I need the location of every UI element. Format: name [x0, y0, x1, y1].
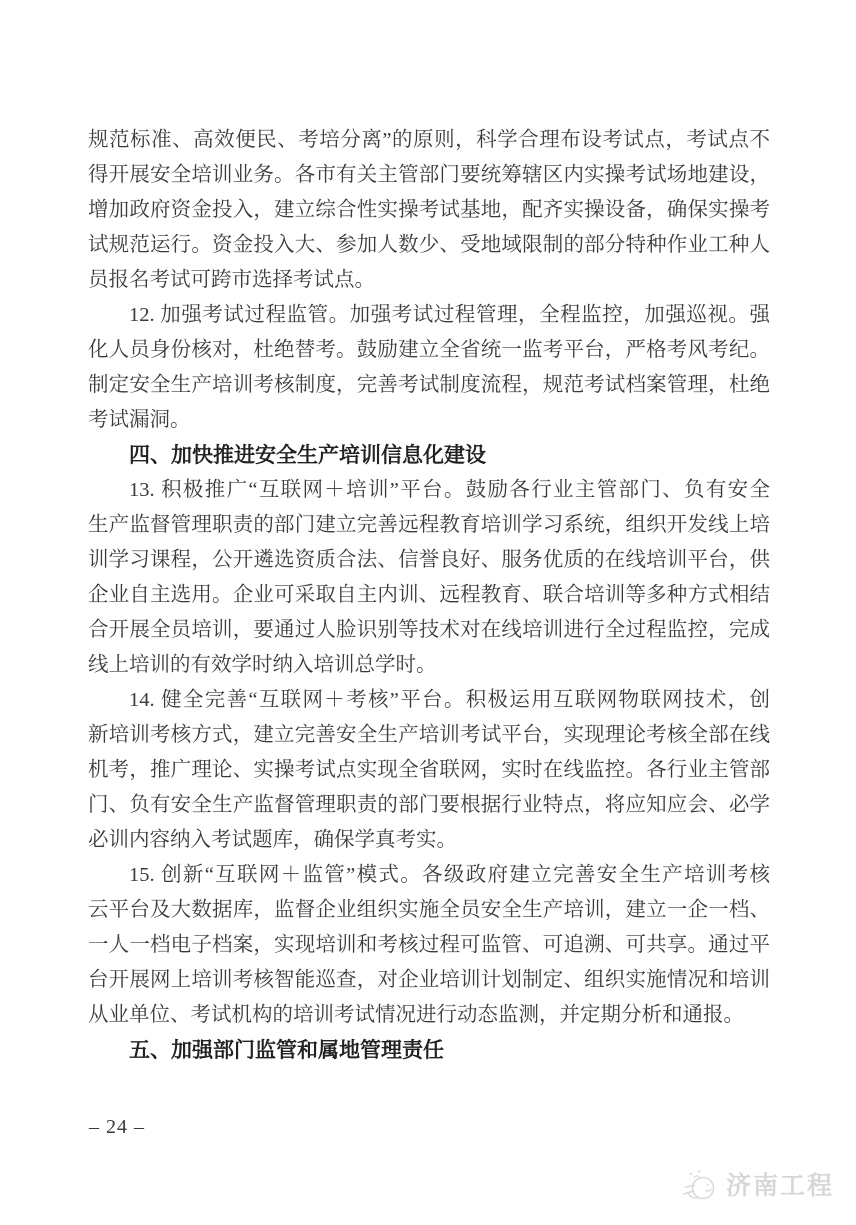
- text-line: 一人一档电子档案，实现培训和考核过程可监管、可追溯、可共享。通过平: [88, 928, 770, 963]
- text-line: 12. 加强考试过程监管。加强考试过程管理，全程监控，加强巡视。强: [88, 298, 770, 333]
- text-line: 化人员身份核对，杜绝替考。鼓励建立全省统一监考平台，严格考风考纪。: [88, 333, 770, 368]
- section-heading: 五、加强部门监管和属地管理责任: [88, 1033, 770, 1068]
- text-line: 14. 健全完善“互联网＋考核”平台。积极运用互联网物联网技术，创: [88, 683, 770, 718]
- text-line: 规范标准、高效便民、考培分离”的原则，科学合理布设考试点，考试点不: [88, 123, 770, 158]
- megaphone-icon: [679, 1163, 721, 1205]
- text-line: 制定安全生产培训考核制度，完善考试制度流程，规范考试档案管理，杜绝: [88, 368, 770, 403]
- text-line: 门、负有安全生产监督管理职责的部门要根据行业特点，将应知应会、必学: [88, 788, 770, 823]
- text-line: 生产监督管理职责的部门建立完善远程教育培训学习系统，组织开发线上培: [88, 508, 770, 543]
- text-line: 考试漏洞。: [88, 403, 770, 438]
- text-line: 线上培训的有效学时纳入培训总学时。: [88, 648, 770, 683]
- section-heading: 四、加快推进安全生产培训信息化建设: [88, 438, 770, 473]
- text-line: 13. 积极推广“互联网＋培训”平台。鼓励各行业主管部门、负有安全: [88, 473, 770, 508]
- text-line: 合开展全员培训，要通过人脸识别等技术对在线培训进行全过程监控，完成: [88, 613, 770, 648]
- text-line: 机考，推广理论、实操考试点实现全省联网，实时在线监控。各行业主管部: [88, 753, 770, 788]
- text-line: 增加政府资金投入，建立综合性实操考试基地，配齐实操设备，确保实操考: [88, 193, 770, 228]
- text-line: 15. 创新“互联网＋监管”模式。各级政府建立完善安全生产培训考核: [88, 858, 770, 893]
- text-line: 必训内容纳入考试题库，确保学真考实。: [88, 823, 770, 858]
- text-line: 得开展安全培训业务。各市有关主管部门要统筹辖区内实操考试场地建设，: [88, 158, 770, 193]
- text-line: 云平台及大数据库，监督企业组织实施全员安全生产培训，建立一企一档、: [88, 893, 770, 928]
- document-body: 规范标准、高效便民、考培分离”的原则，科学合理布设考试点，考试点不得开展安全培训…: [88, 123, 770, 1068]
- text-line: 试规范运行。资金投入大、参加人数少、受地域限制的部分特种作业工种人: [88, 228, 770, 263]
- watermark-label: 济南工程: [726, 1166, 834, 1202]
- text-line: 员报名考试可跨市选择考试点。: [88, 263, 770, 298]
- text-line: 从业单位、考试机构的培训考试情况进行动态监测，并定期分析和通报。: [88, 998, 770, 1033]
- watermark: 济南工程: [679, 1163, 834, 1205]
- text-line: 新培训考核方式，建立完善安全生产培训考试平台，实现理论考核全部在线: [88, 718, 770, 753]
- page-number: – 24 –: [89, 1116, 145, 1139]
- document-page: 规范标准、高效便民、考培分离”的原则，科学合理布设考试点，考试点不得开展安全培训…: [0, 0, 856, 1225]
- text-line: 训学习课程，公开遴选资质合法、信誉良好、服务优质的在线培训平台，供: [88, 543, 770, 578]
- text-line: 台开展网上培训考核智能巡查，对企业培训计划制定、组织实施情况和培训: [88, 963, 770, 998]
- text-line: 企业自主选用。企业可采取自主内训、远程教育、联合培训等多种方式相结: [88, 578, 770, 613]
